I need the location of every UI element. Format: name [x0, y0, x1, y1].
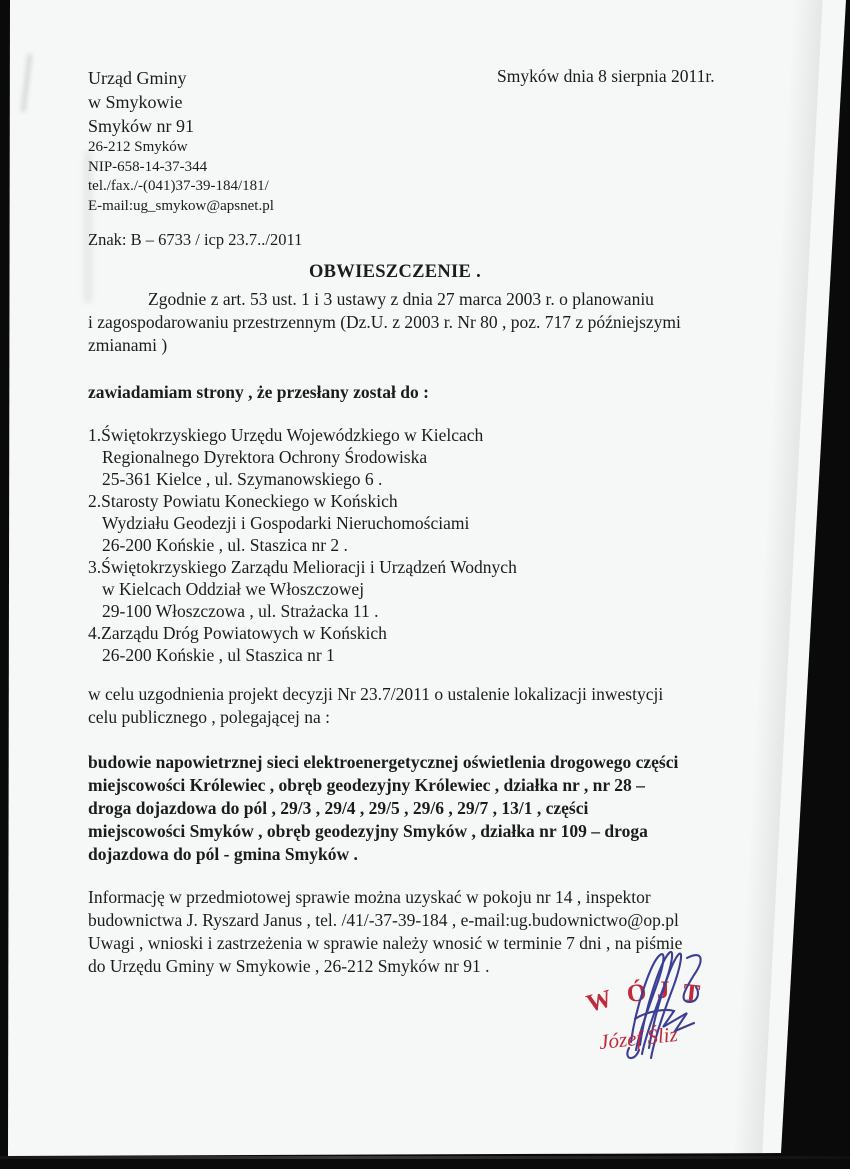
recipient-line: w Kielcach Oddział we Włoszczowej	[88, 578, 760, 600]
purpose-paragraph: w celu uzgodnienia projekt decyzji Nr 23…	[88, 683, 760, 729]
document-content: Urząd Gminy w Smykowie Smyków nr 91 26-2…	[88, 66, 760, 978]
sender-contact-block: 26-212 Smyków NIP-658-14-37-344 tel./fax…	[88, 138, 760, 216]
recipient-line: 29-100 Włoszczowa , ul. Strażacka 11 .	[88, 600, 760, 622]
paragraph-line: zmianami )	[88, 334, 760, 357]
paragraph-line: budowie napowietrznej sieci elektroenerg…	[88, 751, 760, 774]
sender-line: Smyków nr 91	[88, 114, 760, 138]
document-page: Urząd Gminy w Smykowie Smyków nr 91 26-2…	[0, 0, 850, 1169]
paragraph-line: miejscowości Królewiec , obręb geodezyjn…	[88, 774, 760, 797]
document-title: OBWIESZCZENIE .	[88, 261, 702, 284]
handwritten-signature	[575, 948, 790, 1078]
recipient-item: 2.Starosty Powiatu Koneckiego w Końskich…	[88, 490, 760, 556]
paragraph-line: Zgodnie z art. 53 ust. 1 i 3 ustawy z dn…	[88, 288, 760, 311]
paragraph-line: i zagospodarowaniu przestrzennym (Dz.U. …	[88, 311, 760, 334]
recipients-list: 1.Świętokrzyskiego Urzędu Wojewódzkiego …	[88, 424, 760, 666]
recipient-line: 26-200 Końskie , ul. Staszica nr 2 .	[88, 534, 760, 556]
recipient-line: 4.Zarządu Dróg Powiatowych w Końskich	[88, 622, 760, 644]
sender-postal-line: 26-212 Smyków	[88, 138, 760, 158]
scanner-bed-streak	[0, 1156, 850, 1159]
notice-line: zawiadamiam strony , że przesłany został…	[88, 381, 760, 403]
paragraph-line: celu publicznego , polegającej na :	[88, 706, 760, 729]
recipient-line: 25-361 Kielce , ul. Szymanowskiego 6 .	[88, 468, 760, 490]
letterhead: Urząd Gminy w Smykowie Smyków nr 91 26-2…	[88, 66, 760, 216]
intro-paragraph: Zgodnie z art. 53 ust. 1 i 3 ustawy z dn…	[88, 288, 760, 357]
paragraph-line: droga dojazdowa do pól , 29/3 , 29/4 , 2…	[88, 797, 760, 820]
scan-smudge	[20, 54, 32, 112]
sender-phone-line: tel./fax./-(041)37-39-184/181/	[88, 177, 760, 197]
recipient-line: 1.Świętokrzyskiego Urzędu Wojewódzkiego …	[88, 424, 760, 446]
recipient-item: 4.Zarządu Dróg Powiatowych w Końskich 26…	[88, 622, 760, 666]
paragraph-line: budownictwa J. Ryszard Janus , tel. /41/…	[88, 909, 760, 932]
project-description-paragraph: budowie napowietrznej sieci elektroenerg…	[88, 751, 760, 866]
sender-nip-line: NIP-658-14-37-344	[88, 158, 760, 178]
paragraph-line: miejscowości Smyków , obręb geodezyjny S…	[88, 820, 760, 843]
reference-line: Znak: B – 6733 / icp 23.7../2011	[88, 229, 760, 250]
date-line: Smyków dnia 8 sierpnia 2011r.	[497, 66, 715, 87]
recipient-line: 26-200 Końskie , ul Staszica nr 1	[88, 644, 760, 666]
sender-line: w Smykowie	[88, 90, 760, 114]
recipient-item: 1.Świętokrzyskiego Urzędu Wojewódzkiego …	[88, 424, 760, 490]
scanned-document: Urząd Gminy w Smykowie Smyków nr 91 26-2…	[0, 0, 850, 1169]
sender-email-line: E-mail:ug_smykow@apsnet.pl	[88, 197, 760, 217]
paragraph-line: dojazdowa do pól - gmina Smyków .	[88, 843, 760, 866]
recipient-line: Regionalnego Dyrektora Ochrony Środowisk…	[88, 446, 760, 468]
signature-block: W Ó J T Józef Śliz	[575, 948, 790, 1078]
paragraph-line: w celu uzgodnienia projekt decyzji Nr 23…	[88, 683, 760, 706]
recipient-item: 3.Świętokrzyskiego Zarządu Melioracji i …	[88, 556, 760, 622]
recipient-line: 3.Świętokrzyskiego Zarządu Melioracji i …	[88, 556, 760, 578]
recipient-line: 2.Starosty Powiatu Koneckiego w Końskich	[88, 490, 760, 512]
recipient-line: Wydziału Geodezji i Gospodarki Nieruchom…	[88, 512, 760, 534]
paragraph-line: Informację w przedmiotowej sprawie można…	[88, 886, 760, 909]
